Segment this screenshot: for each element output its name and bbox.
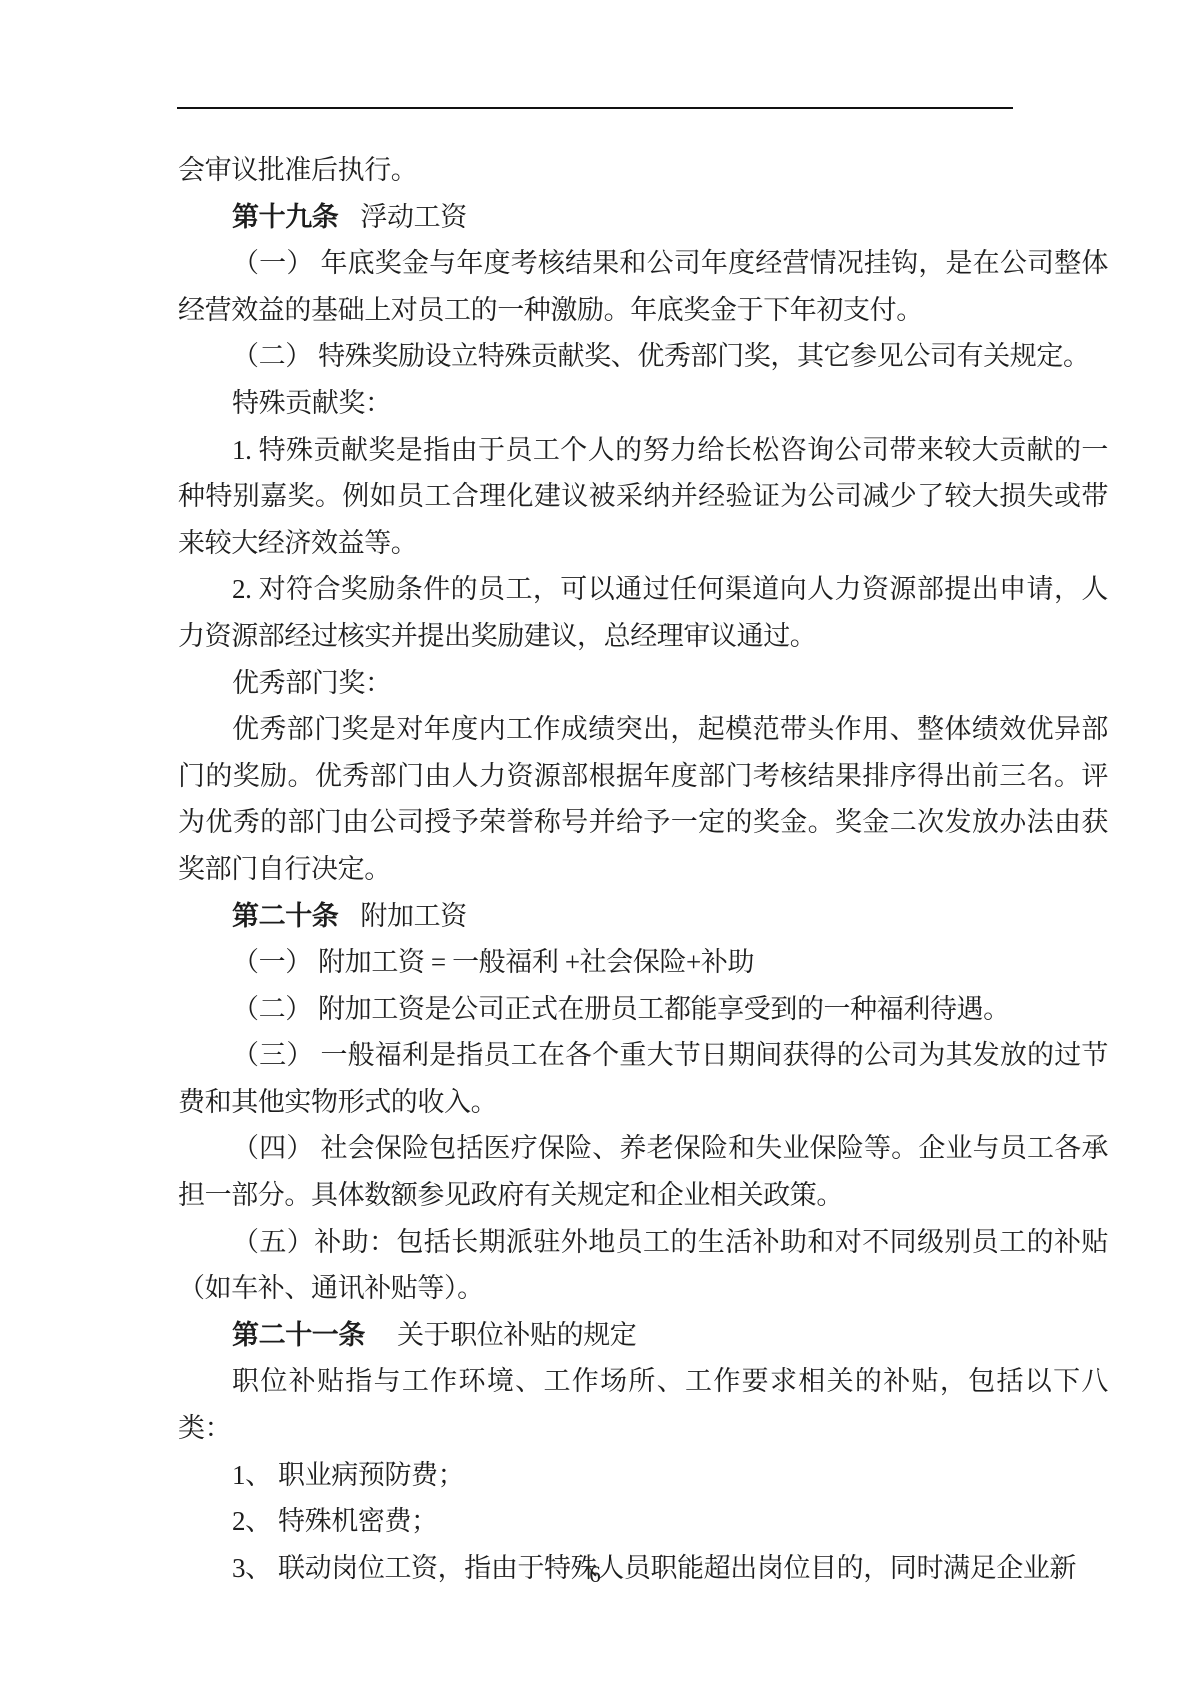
header-rule	[177, 107, 1013, 109]
page-footer: 6	[0, 1560, 1190, 1590]
paragraph: （一） 年底奖金与年度考核结果和公司年度经营情况挂钩，是在公司整体经营效益的基础…	[178, 240, 1108, 333]
article-heading: 第二十条附加工资	[178, 893, 1108, 940]
document-page: 会审议批准后执行。第十九条浮动工资（一） 年底奖金与年度考核结果和公司年度经营情…	[0, 0, 1190, 1683]
article-number: 第二十一条	[232, 1320, 365, 1350]
article-number: 第二十条	[232, 901, 338, 931]
paragraph: 优秀部门奖：	[178, 660, 1108, 707]
paragraph: 1. 特殊贡献奖是指由于员工个人的努力给长松咨询公司带来较大贡献的一种特别嘉奖。…	[178, 427, 1108, 567]
paragraph: （三） 一般福利是指员工在各个重大节日期间获得的公司为其发放的过节费和其他实物形…	[178, 1032, 1108, 1125]
article-heading: 第二十一条关于职位补贴的规定	[178, 1312, 1108, 1359]
paragraph: （二） 附加工资是公司正式在册员工都能享受到的一种福利待遇。	[178, 986, 1108, 1033]
article-number: 第十九条	[232, 202, 338, 232]
article-title: 关于职位补贴的规定	[397, 1320, 636, 1350]
paragraph: （二） 特殊奖励设立特殊贡献奖、优秀部门奖，其它参见公司有关规定。	[178, 333, 1108, 380]
paragraph: 特殊贡献奖：	[178, 380, 1108, 427]
paragraph: （四） 社会保险包括医疗保险、养老保险和失业保险等。企业与员工各承担一部分。具体…	[178, 1125, 1108, 1218]
paragraph: 职位补贴指与工作环境、工作场所、工作要求相关的补贴，包括以下八类：	[178, 1358, 1108, 1451]
paragraph: 2. 对符合奖励条件的员工，可以通过任何渠道向人力资源部提出申请，人力资源部经过…	[178, 566, 1108, 659]
article-heading: 第十九条浮动工资	[178, 194, 1108, 241]
paragraph: （五）补助：包括长期派驻外地员工的生活补助和对不同级别员工的补贴（如车补、通讯补…	[178, 1219, 1108, 1312]
paragraph: 2、 特殊机密费；	[178, 1498, 1108, 1545]
page-number: 6	[589, 1562, 601, 1587]
article-title: 浮动工资	[360, 202, 466, 232]
paragraph: 会审议批准后执行。	[178, 147, 1108, 194]
paragraph: （一） 附加工资 = 一般福利 +社会保险+补助	[178, 939, 1108, 986]
paragraph: 1、 职业病预防费；	[178, 1452, 1108, 1499]
article-title: 附加工资	[360, 901, 466, 931]
document-body: 会审议批准后执行。第十九条浮动工资（一） 年底奖金与年度考核结果和公司年度经营情…	[178, 147, 1108, 1591]
paragraph: 优秀部门奖是对年度内工作成绩突出，起模范带头作用、整体绩效优异部门的奖励。优秀部…	[178, 706, 1108, 892]
